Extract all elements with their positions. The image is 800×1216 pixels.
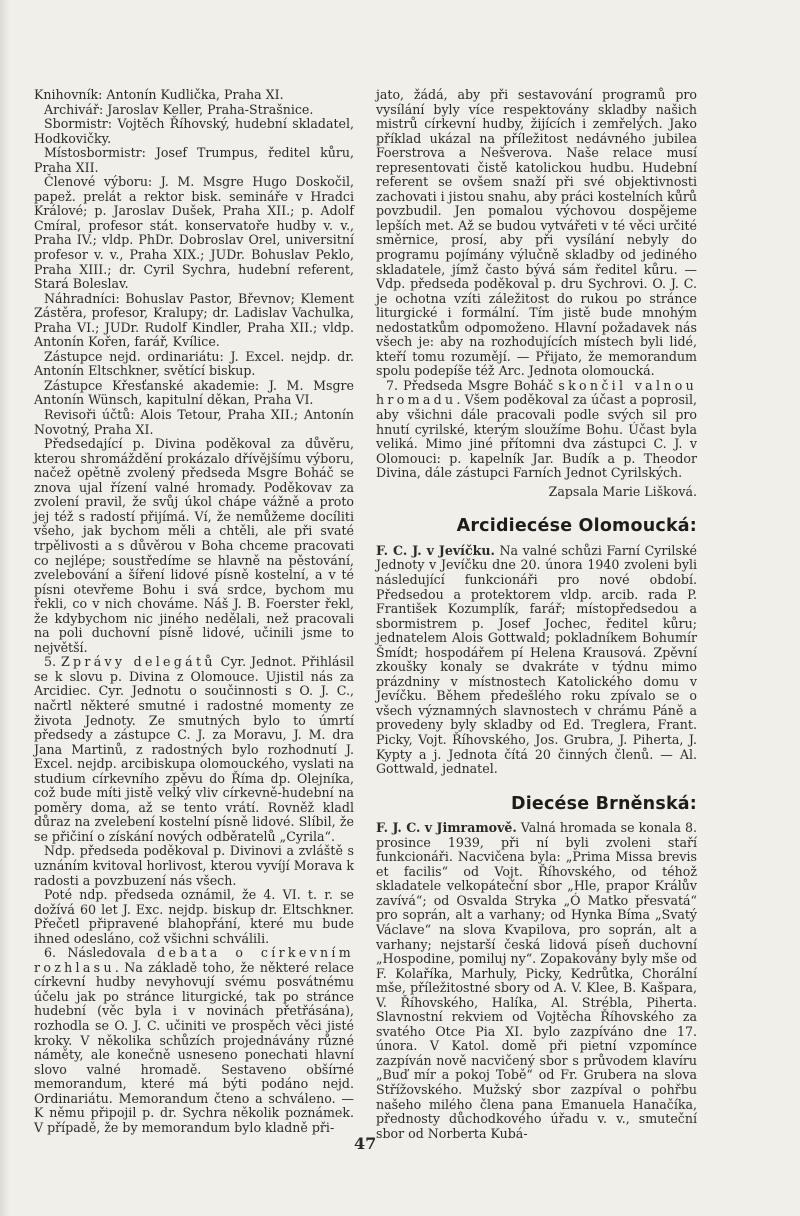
paragraph-jimramov: F. J. C. v Jimramově. Valná hromada se k… bbox=[376, 821, 697, 1141]
item-6-prefix: 6. Následovala bbox=[44, 945, 157, 960]
paragraph-archivist: Archivář: Jaroslav Keller, Praha-Strašni… bbox=[34, 103, 354, 118]
item-5-spaced-title: Zprávy delegátů bbox=[61, 654, 216, 669]
page-number: 47 bbox=[354, 1134, 376, 1153]
section-heading-olomouc: Arcidiecése Olomoucká: bbox=[376, 519, 697, 534]
paragraph-item-7: 7. Předseda Msgre Boháč skončil valnou h… bbox=[376, 379, 697, 481]
paragraph-substitutes: Náhradníci: Bohuslav Pastor, Břevnov; Kl… bbox=[34, 292, 354, 350]
paragraph-choirmaster: Sbormistr: Vojtěch Říhovský, hudební skl… bbox=[34, 117, 354, 146]
paragraph-academy-rep: Zástupce Křesťanské akademie: J. M. Msgr… bbox=[34, 379, 354, 408]
paragraph-chair-thanks: Předsedající p. Divina poděkoval za důvě… bbox=[34, 437, 354, 655]
paragraph-item-6: 6. Následovala debata o církevním rozhla… bbox=[34, 946, 354, 1135]
paragraph-birthday: Poté ndp. předseda oznámil, že 4. VI. t.… bbox=[34, 888, 354, 946]
jevicko-text: Na valné schůzi Farní Cyrilské Jednoty v… bbox=[376, 543, 697, 776]
jevicko-lead: F. C. J. v Jevíčku. bbox=[376, 543, 495, 558]
paragraph-item-5: 5. Zprávy delegátů Cyr. Jednot. Přihlási… bbox=[34, 655, 354, 844]
item-5-prefix: 5. bbox=[44, 654, 61, 669]
paragraph-thanks-divina: Ndp. předseda poděkoval p. Divinovi a zv… bbox=[34, 844, 354, 888]
section-heading-brno: Diecése Brněnská: bbox=[376, 797, 697, 812]
paragraph-auditors: Revisoři účtů: Alois Tetour, Praha XII.;… bbox=[34, 408, 354, 437]
item-6-text: . Na základě toho, že některé relace cír… bbox=[34, 960, 354, 1135]
jimramov-lead: F. J. C. v Jimramově. bbox=[376, 820, 517, 835]
page-edge-shadow bbox=[0, 0, 10, 1216]
left-column: Knihovník: Antonín Kudlička, Praha XI. A… bbox=[34, 88, 354, 1135]
paragraph-committee-members: Členové výboru: J. M. Msgre Hugo Doskoči… bbox=[34, 175, 354, 291]
paragraph-librarian: Knihovník: Antonín Kudlička, Praha XI. bbox=[34, 88, 354, 103]
right-column: jato, žádá, aby při sestavování programů… bbox=[376, 88, 697, 1141]
paragraph-deputy-choirmaster: Místosbormistr: Josef Trumpus, ředitel k… bbox=[34, 146, 354, 175]
item-7-prefix: 7. Předseda Msgre Boháč bbox=[386, 378, 558, 393]
paragraph-ordinariate-rep: Zástupce nejd. ordinariátu: J. Excel. ne… bbox=[34, 350, 354, 379]
item-5-text: Cyr. Jednot. Přihlásil se k slovu p. Div… bbox=[34, 654, 354, 844]
paragraph-jevicko: F. C. J. v Jevíčku. Na valné schůzi Farn… bbox=[376, 544, 697, 777]
signature: Zapsala Marie Lišková. bbox=[376, 485, 697, 500]
jimramov-text: Valná hromada se konala 8. prosince 1939… bbox=[376, 820, 697, 1140]
paragraph-continuation: jato, žádá, aby při sestavování programů… bbox=[376, 88, 697, 379]
